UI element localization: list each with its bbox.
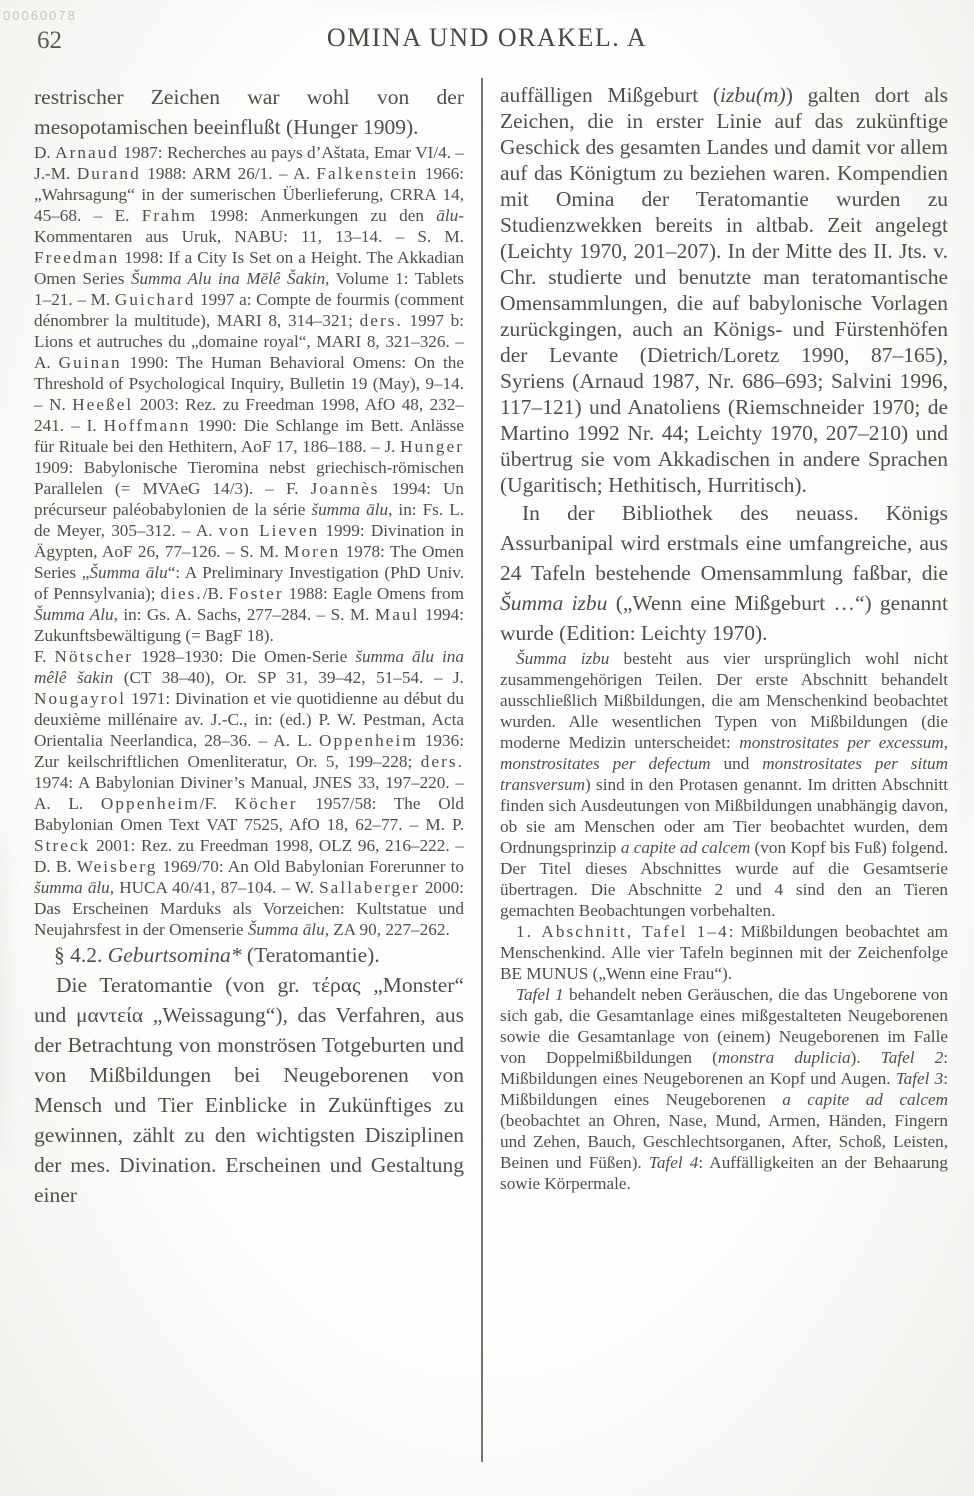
column-divider-rule xyxy=(481,78,483,1462)
text-run: 1988: ARM 26/1. – A. xyxy=(141,164,317,183)
italic-text: monstrositates per defectum xyxy=(500,754,711,773)
spaced-name: von Lieven xyxy=(219,521,319,540)
text-run: /B. xyxy=(203,584,229,603)
spaced-name: ders. xyxy=(360,311,403,330)
italic-text: šumma ālu xyxy=(311,500,388,519)
text-run: Die Teratomantie (von gr. τέρας „Monster… xyxy=(34,973,464,1207)
italic-text: Šumma Alu ina Mēlê Šakin xyxy=(131,269,325,288)
tafel-paragraph: Tafel 1 behandelt neben Geräuschen, die … xyxy=(500,984,948,1194)
running-head: OMINA UND ORAKEL. A xyxy=(0,23,974,53)
scan-artifact xyxy=(956,270,974,830)
spaced-name: Guinan xyxy=(59,353,122,372)
text-run: /F. xyxy=(200,794,235,813)
italic-text: Tafel 1 xyxy=(516,985,564,1004)
spaced-name: Sallaberger xyxy=(319,878,420,897)
italic-text: monstrositates per excessum xyxy=(739,733,943,752)
spaced-name: Oppenheim xyxy=(101,794,200,813)
text-run: In der Bibliothek des neuass. Königs Ass… xyxy=(500,501,948,585)
text-run: (Teratomantie). xyxy=(242,943,380,967)
text-run: auffälligen Mißgeburt ( xyxy=(500,83,720,107)
spaced-name: Falkenstein xyxy=(316,164,418,183)
continued-paragraph: restrischer Zeichen war wohl von der mes… xyxy=(34,82,464,142)
text-run: 1969/70: An Old Babylonian Forerunner to xyxy=(157,857,464,876)
spaced-name: Maul xyxy=(375,605,420,624)
spaced-name: Frahm xyxy=(142,206,197,225)
spaced-name: 1. Abschnitt, Tafel 1–4 xyxy=(516,922,729,941)
italic-text: Geburtsomina* xyxy=(108,943,242,967)
left-column: restrischer Zeichen war wohl von der mes… xyxy=(34,82,464,1210)
text-run: restrischer Zeichen war wohl von der mes… xyxy=(34,85,464,139)
spaced-name: Weisberg xyxy=(77,857,158,876)
teratomantie-paragraph: Die Teratomantie (von gr. τέρας „Monster… xyxy=(34,970,464,1210)
bibliothek-paragraph: In der Bibliothek des neuass. Königs Ass… xyxy=(500,498,948,648)
spaced-name: Nötscher xyxy=(55,647,134,666)
text-run: ). xyxy=(851,1048,881,1067)
text-run: und xyxy=(711,754,763,773)
summa-izbu-paragraph: Šumma izbu besteht aus vier ursprünglich… xyxy=(500,648,948,921)
scan-artifact xyxy=(0,830,8,1160)
spaced-name: Durand xyxy=(77,164,141,183)
text-run: § 4.2. xyxy=(54,943,108,967)
spaced-name: Hoffmann xyxy=(104,416,191,435)
italic-text: Tafel 3 xyxy=(896,1069,944,1088)
right-column: auffälligen Mißgeburt (izbu(m)) galten d… xyxy=(500,82,948,1194)
text-run: , ZA 90, 227–262. xyxy=(325,920,450,939)
italic-text: izbu(m) xyxy=(720,83,786,107)
spaced-name: Freedman xyxy=(34,248,119,267)
bibliography-block-2: F. Nötscher 1928–1930: Die Omen-Serie šu… xyxy=(34,646,464,940)
italic-text: Šumma ālu xyxy=(248,920,325,939)
scan-watermark: 00060078 xyxy=(3,8,77,23)
text-run: 1928–1930: Die Omen-Serie xyxy=(133,647,355,666)
spaced-name: Heeßel xyxy=(72,395,133,414)
italic-text: Šumma ālu xyxy=(89,563,167,582)
spaced-name: Streck xyxy=(34,836,90,855)
text-run: (CT 38–40), Or. SP 31, 39–42, 51–54. – J… xyxy=(113,668,464,687)
text-run: , xyxy=(944,733,948,752)
italic-text: Tafel 2 xyxy=(881,1048,943,1067)
spaced-name: Nougayrol xyxy=(34,689,126,708)
section-heading: § 4.2. Geburtsomina* (Teratomantie). xyxy=(34,940,464,970)
text-run: D. xyxy=(34,143,55,162)
text-run: 1988: Eagle Omens from xyxy=(284,584,464,603)
spaced-name: Foster xyxy=(228,584,283,603)
italic-text: Tafel 4 xyxy=(649,1153,698,1172)
text-run: ) galten dort als Zeichen, die in erster… xyxy=(500,83,948,497)
text-run: , in: Gs. A. Sachs, 277–284. – S. M. xyxy=(114,605,375,624)
italic-text: šumma ālu xyxy=(34,878,110,897)
continued-paragraph: auffälligen Mißgeburt (izbu(m)) galten d… xyxy=(500,82,948,498)
spaced-name: Guichard xyxy=(115,290,195,309)
scanned-book-page: 00060078 62 OMINA UND ORAKEL. A restrisc… xyxy=(0,0,974,1496)
italic-text: Šumma izbu xyxy=(516,649,609,668)
italic-text: ālu xyxy=(436,206,458,225)
text-run: , HUCA 40/41, 87–104. – W. xyxy=(110,878,319,897)
text-run: 1998: Anmerkungen zu den xyxy=(197,206,436,225)
italic-text: monstra duplicia xyxy=(718,1048,851,1067)
text-run: F. xyxy=(34,647,55,666)
italic-text: a capite ad calcem xyxy=(782,1090,948,1109)
italic-text: a capite ad calcem xyxy=(621,838,750,857)
italic-text: Šumma Alu xyxy=(34,605,114,624)
spaced-name: Oppenheim xyxy=(319,731,418,750)
bibliography-block-1: D. Arnaud 1987: Recherches au pays d’Ašt… xyxy=(34,142,464,646)
spaced-name: Hunger xyxy=(400,437,464,456)
scan-artifact xyxy=(300,0,720,8)
spaced-name: Moren xyxy=(284,542,340,561)
spaced-name: ders. xyxy=(421,752,464,771)
italic-text: Šumma izbu xyxy=(500,591,607,615)
spaced-name: Köcher xyxy=(235,794,298,813)
spaced-name: Joannès xyxy=(311,479,380,498)
abschnitt-1-paragraph: 1. Abschnitt, Tafel 1–4: Mißbildungen be… xyxy=(500,921,948,984)
spaced-name: dies. xyxy=(160,584,202,603)
spaced-name: Arnaud xyxy=(55,143,119,162)
